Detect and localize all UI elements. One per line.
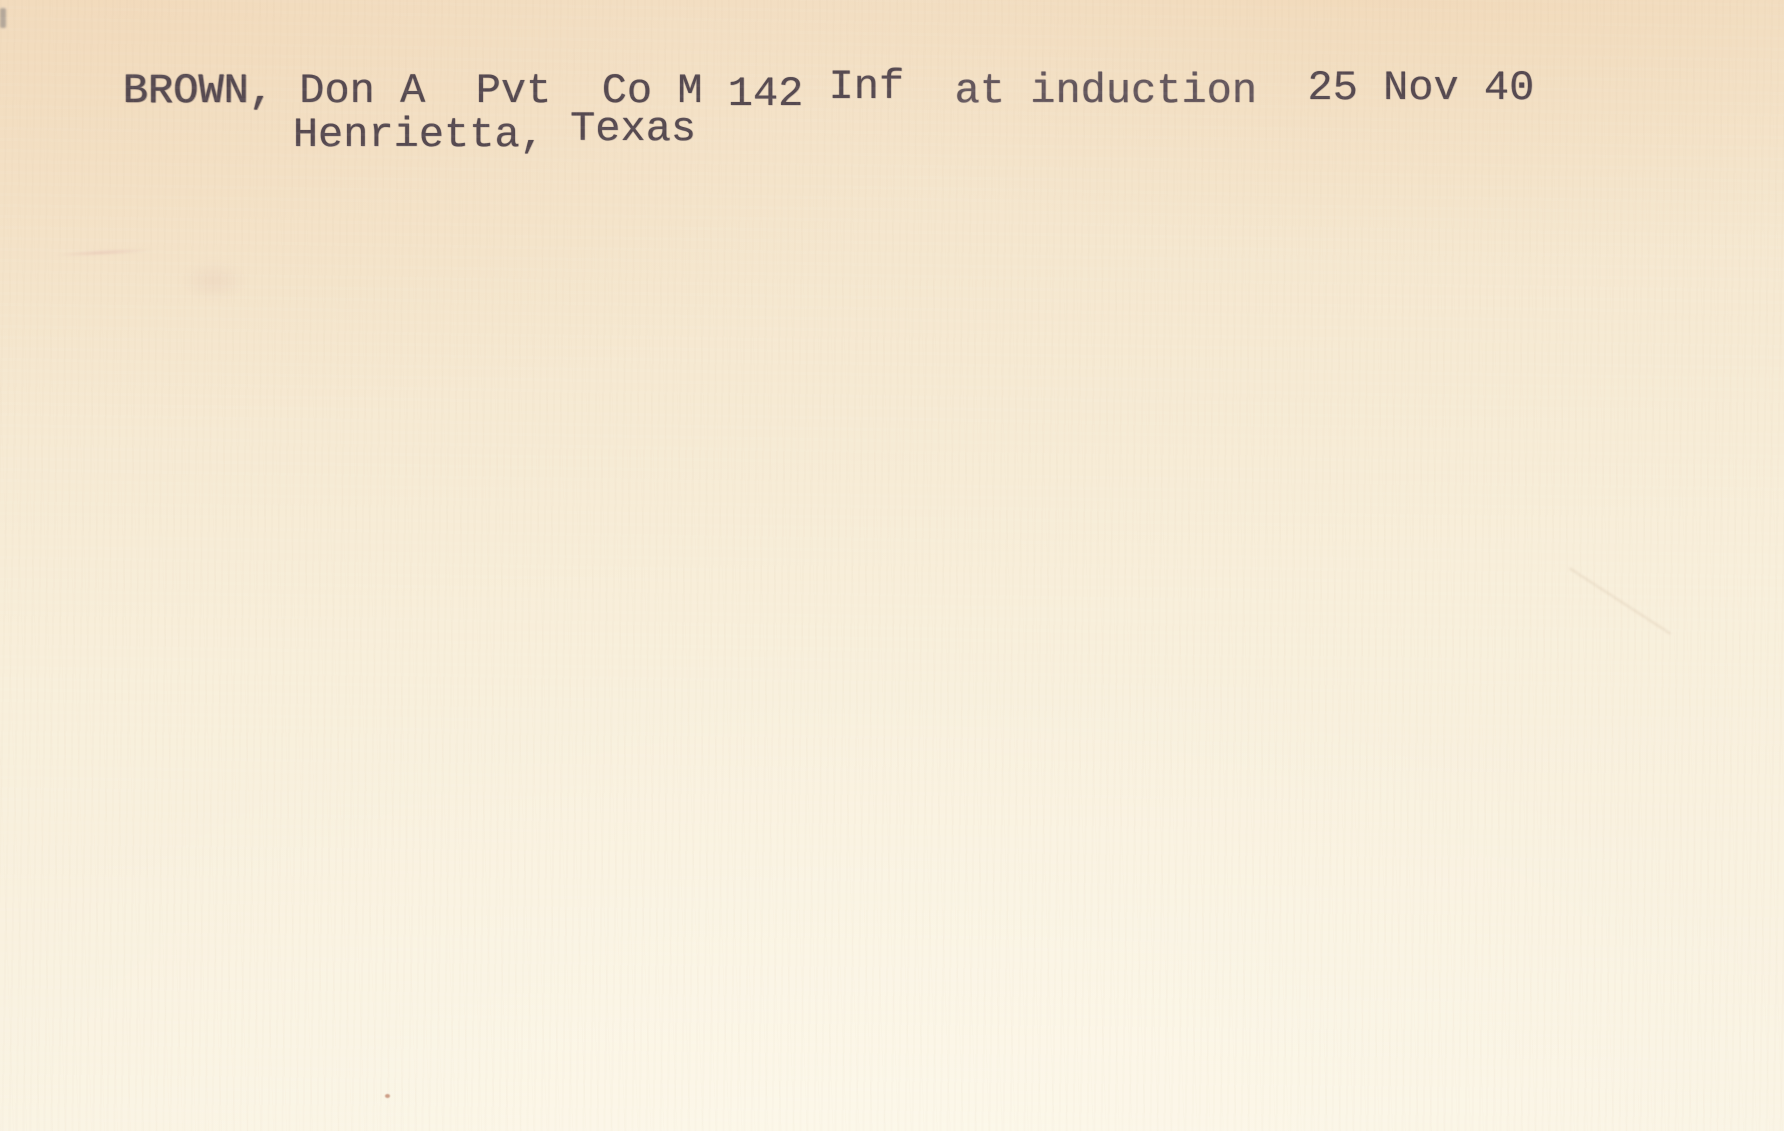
scanned-index-card: BROWN, Don A Pvt Co M 142 Inf at inducti… bbox=[0, 0, 1784, 1131]
caption-line-2: Henrietta, Texas bbox=[192, 72, 696, 198]
paper-scratch bbox=[55, 247, 153, 257]
city-text: Henrietta, bbox=[293, 111, 570, 159]
event-caption-text: at induction bbox=[904, 67, 1307, 115]
word-space bbox=[803, 67, 828, 115]
infantry-abbrev-text: Inf bbox=[829, 63, 905, 111]
state-text: Texas bbox=[570, 105, 696, 153]
paper-speck bbox=[385, 1094, 390, 1098]
regiment-number-text: 142 bbox=[728, 70, 804, 118]
scan-edge-mark bbox=[0, 8, 6, 28]
date-text: 25 Nov 40 bbox=[1307, 64, 1534, 112]
paper-smudge bbox=[182, 262, 246, 300]
paper-fiber-mark bbox=[1569, 567, 1671, 634]
